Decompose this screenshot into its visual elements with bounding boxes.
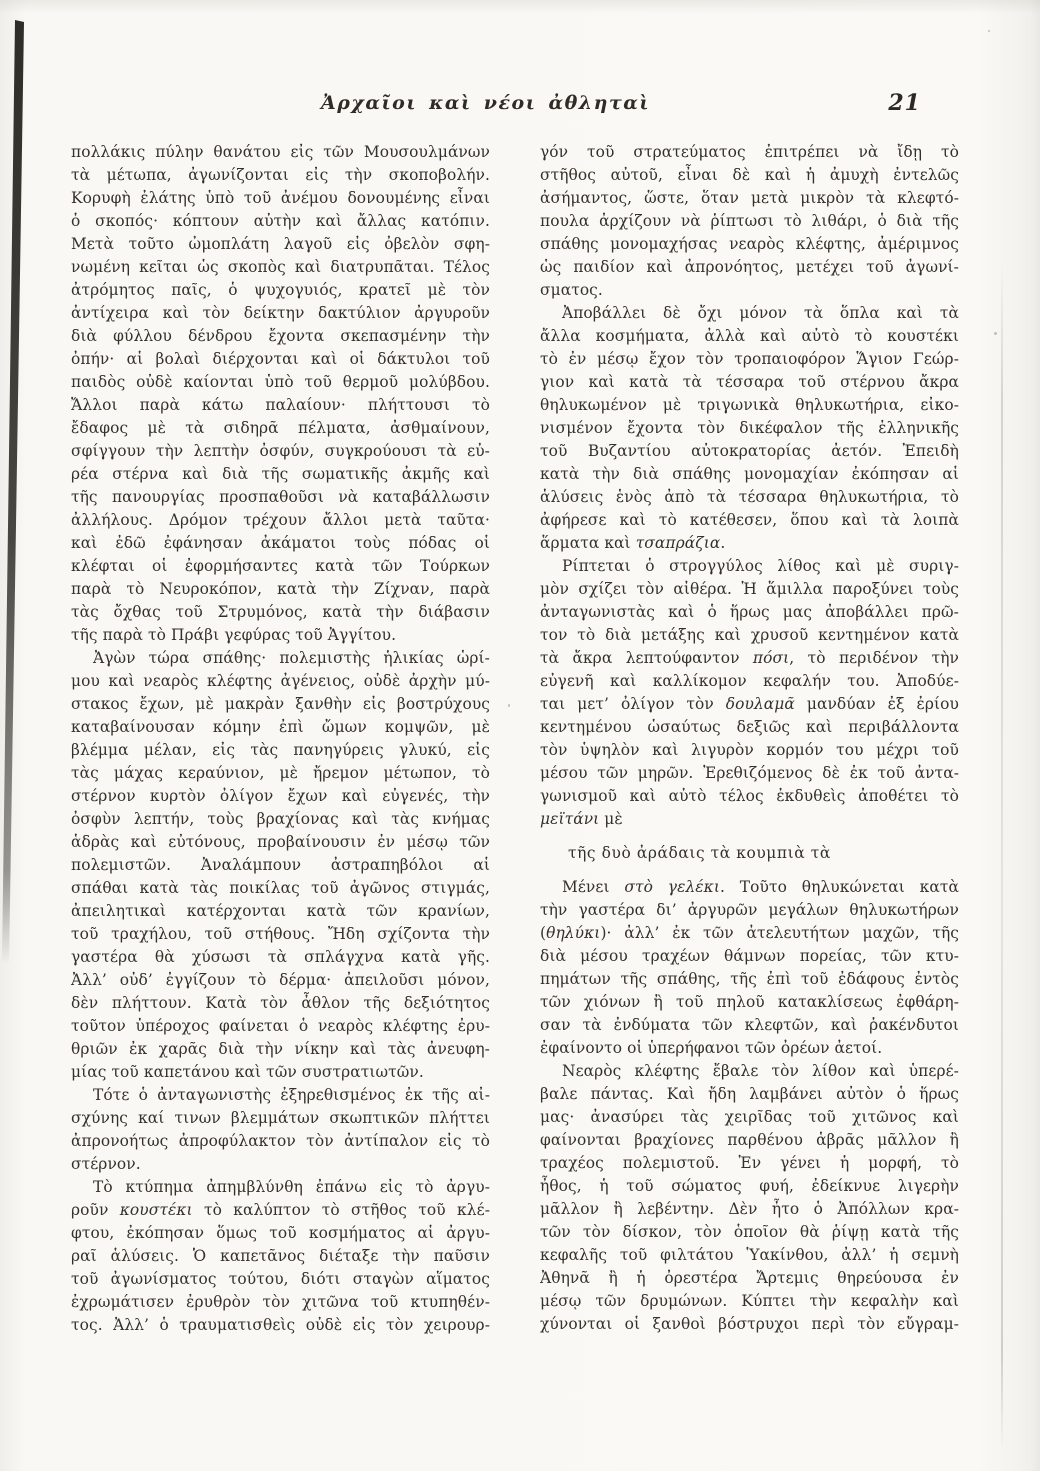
text-line: μεϊτάνι μὲ xyxy=(540,808,959,831)
text-line: γιον καὶ κατὰ τὰ τέσσαρα τοῦ στέρνου ἄκρ… xyxy=(540,371,959,394)
text-line: Νεαρὸς κλέφτης ἔβαλε τὸν λίθον καὶ ὑπερέ… xyxy=(540,1060,959,1083)
text-line: σφίγγουν τὴν λεπτὴν ὀσφύν, συγκρούουσι τ… xyxy=(71,440,490,463)
text-line: κλέφται οἱ ἐφορμήσαντες κατὰ τῶν Τούρκων xyxy=(71,555,490,578)
text-line: ἀντίχειρα καὶ τὸν δείκτην δακτύλιον ἀργυ… xyxy=(71,302,490,325)
text-line: στέρνον κυρτὸν ὀλίγον ἔχων καὶ εὐγενές, … xyxy=(71,785,490,808)
text-line: τὰ μέτωπα, ἀγωνίζονται εἰς τὴν σκοποβολή… xyxy=(71,164,490,187)
text-line: τὰ ἄκρα λεπτούφαντον πόσι, τὸ περιδένον … xyxy=(540,647,959,670)
text-line: ἀσήμαντος, ὥστε, ὅταν μετὰ μικρὸν τὰ κλε… xyxy=(540,187,959,210)
text-line: τῶν χιόνων ἢ τοῦ πηλοῦ κατακλίσεως ἐφθάρ… xyxy=(540,991,959,1014)
text-line: στῆθος αὐτοῦ, εἶναι δὲ καὶ ἡ ἀμυχὴ ἐντελ… xyxy=(540,164,959,187)
text-line: μᾶλλον ἢ λεβέντην. Δὲν ἦτο ὁ Ἀπόλλων κρα… xyxy=(540,1198,959,1221)
text-line: τραχέος πολεμιστοῦ. Ἐν γένει ἡ μορφή, τὸ xyxy=(540,1152,959,1175)
text-line: Ρίπτεται ὁ στρογγύλος λίθος καὶ μὲ συριγ… xyxy=(540,555,959,578)
text-line: σπάθης μονομαχήσας νεαρὸς κλέφτης, ἀμέρι… xyxy=(540,233,959,256)
text-line: ἐχρωμάτισεν ἐρυθρὸν τὸν χιτῶνα τοῦ κτυπη… xyxy=(71,1291,490,1314)
text-line: τὸν ὑψηλὸν καὶ λιγυρὸν κορμόν του μέχρι … xyxy=(540,739,959,762)
text-line: διὰ φύλλου δένδρου ἔχοντα σκεπασμένην τὴ… xyxy=(71,325,490,348)
text-line: χύνονται οἱ ξανθοὶ βόστρυχοι περὶ τὸν εὔ… xyxy=(540,1313,959,1336)
text-line: ρέα στέρνα καὶ διὰ τῆς σωματικῆς ἀκμῆς κ… xyxy=(71,463,490,486)
text-line: μου καὶ νεαρὸς κλέφτης ἀγένειος, οὐδὲ ἀρ… xyxy=(71,670,490,693)
text-line: πουλα ἀρχίζουν νὰ ῥίπτωσι τὸ λιθάρι, ὁ δ… xyxy=(540,210,959,233)
text-line: βλέμμα μέλαν, εἰς τὰς πανηγύρεις γλυκύ, … xyxy=(71,739,490,762)
text-line: ἐφαίνοντο οἱ ὑπερήφανοι τῶν ὀρέων ἀετοί. xyxy=(540,1037,959,1060)
text-line: ὀσφὺν λεπτήν, τοὺς βραχίονας καὶ τὰς κνή… xyxy=(71,808,490,831)
text-line: ἀπειλητικαὶ κατέρχονται κατὰ τῶν κρανίων… xyxy=(71,900,490,923)
text-line: ραῖ ἁλύσεις. Ὁ καπετᾶνος διέταξε τὴν παῦ… xyxy=(71,1245,490,1268)
text-line: τῶν τὸν δίσκον, τὸν ὁποῖον θὰ ῥίψῃ κατὰ … xyxy=(540,1221,959,1244)
text-line: ἀφήρεσε καὶ τὸ κατέθεσεν, ὅπου καὶ τὰ λο… xyxy=(540,509,959,532)
text-line: δὲν πλήττουν. Κατὰ τὸν ἆθλον τῆς δεξιότη… xyxy=(71,992,490,1015)
text-line: τοῦ τραχήλου, τοῦ στήθους. Ἤδη σχίζοντα … xyxy=(71,923,490,946)
text-line: Μετὰ τοῦτο ὠμοπλάτη λαγοῦ εἰς ὀβελὸν σφη… xyxy=(71,233,490,256)
text-line: (θηλύκι)· ἀλλ’ ἐκ τῶν ἀτελευτήτων μαχῶν,… xyxy=(540,922,959,945)
text-line: τὰς ὄχθας τοῦ Στρυμόνος, κατὰ τὴν διάβασ… xyxy=(71,601,490,624)
scan-artifact-left-bar xyxy=(0,0,40,1000)
text-line: ὁ σκοπός· κόπτουν αὐτὴν καὶ ἄλλας κατόπι… xyxy=(71,210,490,233)
text-line: τῆς πανουργίας προσπαθοῦσι νὰ καταβάλλωσ… xyxy=(71,486,490,509)
scan-speck xyxy=(988,30,990,32)
text-line: ὀπήν· αἱ βολαὶ διέρχονται καὶ οἱ δάκτυλο… xyxy=(71,348,490,371)
text-line: θηλυκωμένον μὲ τριγωνικὰ θηλυκωτήρια, εἰ… xyxy=(540,394,959,417)
page-fold-line xyxy=(1001,260,1003,1450)
text-line: τοῦ ἀγωνίσματος τούτου, διότι σταγὼν αἵμ… xyxy=(71,1268,490,1291)
text-line: Ἀλλ’ οὐδ’ ἐγγίζουν τὸ δέρμα· ἀπειλοῦσι μ… xyxy=(71,969,490,992)
text-line: φαίνονται βραχίονες παρθένου ἁβρᾶς μᾶλλο… xyxy=(540,1129,959,1152)
text-line: μας· ἀνασύρει τὰς χειρῖδας τοῦ χιτῶνος κ… xyxy=(540,1106,959,1129)
text-line: τὴν γαστέρα δι’ ἀργυρῶν μεγάλων θηλυκωτή… xyxy=(540,899,959,922)
text-column-right: γόν τοῦ στρατεύματος ἐπιτρέπει νὰ ἴδῃ τὸ… xyxy=(540,141,959,1336)
text-line: διὰ μέσου τραχέων θάμνων πορείας, τῶν κτ… xyxy=(540,945,959,968)
text-line: ἦθος, ἡ τοῦ σώματος φυή, ἐδείκνυε λιγερὴ… xyxy=(540,1175,959,1198)
text-line: βαλε πάντας. Καὶ ἤδη λαμβάνει αὐτὸν ὁ ἥρ… xyxy=(540,1083,959,1106)
text-line: μίας τοῦ καπετάνου καὶ τῶν συστρατιωτῶν. xyxy=(71,1061,490,1084)
text-line: γαστέρα θὰ χύσωσι τὰ σπλάγχνα κατὰ γῆς. xyxy=(71,946,490,969)
text-line: μέσῳ τῶν δρυμώνων. Κύπτει τὴν κεφαλὴν κα… xyxy=(540,1290,959,1313)
text-line: ὡς παιδίον καὶ ἀπρονόητος, μετέχει τοῦ ἀ… xyxy=(540,256,959,279)
text-line: πολλάκις πύλην θανάτου εἰς τῶν Μουσουλμά… xyxy=(71,141,490,164)
scanned-book-page: Ἀρχαῖοι καὶ νέοι ἀθληταὶ 21 πολλάκις πύλ… xyxy=(0,0,1040,1471)
text-line: γόν τοῦ στρατεύματος ἐπιτρέπει νὰ ἴδῃ τὸ xyxy=(540,141,959,164)
verse-line: τῆς δυὸ ἀράδαις τὰ κουμπιὰ τὰ μαλαματωμέ… xyxy=(568,842,959,865)
text-line: καταβαίνουσαν κόμην ἐπὶ ὤμων κομψῶν, μὲ xyxy=(71,716,490,739)
text-line: κατὰ τὴν διὰ σπάθης μονομαχίαν ἐκόπησαν … xyxy=(540,463,959,486)
text-line: πολεμιστῶν. Ἀναλάμπουν ἀστραπηβόλοι αἱ xyxy=(71,854,490,877)
text-line: στακος ἔχων, μὲ μακρὰν ξανθὴν εἰς βοστρύ… xyxy=(71,693,490,716)
text-line: Κορυφὴ ἐλάτης ὑπὸ τοῦ ἀνέμου δονουμένης … xyxy=(71,187,490,210)
text-line: τος. Ἀλλ’ ὁ τραυματισθεὶς οὐδὲ εἰς τὸν χ… xyxy=(71,1314,490,1337)
text-line: ἀπρονοήτως ἀπροφύλακτον τὸν ἀντίπαλον εἰ… xyxy=(71,1130,490,1153)
text-line: ἁδρὰς καὶ εὐτόνους, προβαίνουσιν ἐν μέσῳ… xyxy=(71,831,490,854)
text-line: εὐγενῆ καὶ καλλίκομον κεφαλήν του. Ἀποδύ… xyxy=(540,670,959,693)
page-number: 21 xyxy=(888,90,921,116)
text-line: ἀτρόμητος παῖς, ὁ ψυχογυιός, κρατεῖ μὲ τ… xyxy=(71,279,490,302)
text-line: ροῦν κουστέκι τὸ καλύπτον τὸ στῆθος τοῦ … xyxy=(71,1199,490,1222)
text-line: ἀνταγωνιστὰς καὶ ὁ ἥρως μας ἀποβάλλει πρ… xyxy=(540,601,959,624)
text-line: φτου, ἐκόπησαν ὅμως τοῦ κοσμήματος αἱ ἀρ… xyxy=(71,1222,490,1245)
text-line: νισμένον ἔχοντα τὸν δικέφαλον τῆς ἑλληνι… xyxy=(540,417,959,440)
text-line: νωμένη κεῖται ὡς σκοπὸς καὶ διατρυπᾶται.… xyxy=(71,256,490,279)
text-line: τὸ ἐν μέσῳ ἔχον τὸν τροπαιοφόρον Ἅγιον Γ… xyxy=(540,348,959,371)
text-line: παρὰ τὸ Νευροκόπον, κατὰ τὴν Ζίχναν, παρ… xyxy=(71,578,490,601)
text-line: μέσου τῶν μηρῶν. Ἐρεθιζόμενος δὲ ἐκ τοῦ … xyxy=(540,762,959,785)
scan-speck xyxy=(508,704,510,707)
text-line: γωνισμοῦ καὶ αὐτὸ τέλος ἐκδυθεὶς ἀποθέτε… xyxy=(540,785,959,808)
text-line: ἔδαφος μὲ τὰ σιδηρᾶ πέλματα, ἀσθμαίνουν, xyxy=(71,417,490,440)
running-title: Ἀρχαῖοι καὶ νέοι ἀθληταὶ xyxy=(42,92,929,114)
text-line: Ἄλλοι παρὰ κάτω παλαίουν· πλήττουσι τὸ xyxy=(71,394,490,417)
text-column-left: πολλάκις πύλην θανάτου εἰς τῶν Μουσουλμά… xyxy=(71,141,490,1337)
text-line: στέρνον. xyxy=(71,1153,490,1176)
text-line: σπάθαι κατὰ τὰς ποικίλας τοῦ ἀγῶνος στιγ… xyxy=(71,877,490,900)
text-line: μὸν σχίζει τὸν αἰθέρα. Ἡ ἅμιλλα παροξύνε… xyxy=(540,578,959,601)
page-header: Ἀρχαῖοι καὶ νέοι ἀθληταὶ 21 xyxy=(72,90,959,120)
text-line: πημάτων τῆς σπάθης, τῆς ἐπὶ τοῦ ἐδάφους … xyxy=(540,968,959,991)
text-line: σματος. xyxy=(540,279,959,302)
text-line: Ἀποβάλλει δὲ ὄχι μόνον τὰ ὅπλα καὶ τὰ xyxy=(540,302,959,325)
text-line: τον τὸ διὰ μετάξης καὶ χρυσοῦ κεντημένον… xyxy=(540,624,959,647)
text-line: κεντημένου ὡσαύτως δεξιῶς καὶ περιβάλλον… xyxy=(540,716,959,739)
text-line: Τὸ κτύπημα ἀπημβλύνθη ἐπάνω εἰς τὸ ἀργυ- xyxy=(71,1176,490,1199)
text-line: κεφαλῆς τοῦ φιλτάτου Ὑακίνθου, ἀλλ’ ἡ σε… xyxy=(540,1244,959,1267)
text-line: Ἀγὼν τώρα σπάθης· πολεμιστὴς ἡλικίας ὡρί… xyxy=(71,647,490,670)
text-line: ται μετ’ ὀλίγον τὸν δουλαμᾶ μανδύαν ἐξ ἐ… xyxy=(540,693,959,716)
text-line: τὰς μάχας κεραύνιον, μὲ ἤρεμον μέτωπον, … xyxy=(71,762,490,785)
text-line: παιδὸς οὐδὲ καίονται ὑπὸ τοῦ θερμοῦ μολύ… xyxy=(71,371,490,394)
text-line: καὶ ἐδῶ ἐφάνησαν ἀκάματοι τοὺς πόδας οἱ xyxy=(71,532,490,555)
text-line: ἀλλήλους. Δρόμον τρέχουν ἄλλοι μετὰ ταῦτ… xyxy=(71,509,490,532)
text-line: θριῶν ἐκ χαρᾶς διὰ τὴν νίκην καὶ τὰς ἀνε… xyxy=(71,1038,490,1061)
text-line: σχύνης καί τινων βλεμμάτων σκωπτικῶν πλή… xyxy=(71,1107,490,1130)
text-line: τῆς παρὰ τὸ Πράβι γεφύρας τοῦ Ἀγγίτου. xyxy=(71,624,490,647)
text-line: τοῦ Βυζαντίου αὐτοκρατορίας ἀετόν. Ἐπειδ… xyxy=(540,440,959,463)
scan-speck xyxy=(994,332,997,335)
text-line: σαν τὰ ἐνδύματα τῶν κλεφτῶν, καὶ ῥακένδυ… xyxy=(540,1014,959,1037)
text-line: Τότε ὁ ἀνταγωνιστὴς ἐξηρεθισμένος ἐκ τῆς… xyxy=(71,1084,490,1107)
text-line: τοῦτον ὑπέροχος φαίνεται ὁ νεαρὸς κλέφτη… xyxy=(71,1015,490,1038)
text-line: Μένει στὸ γελέκι. Τοῦτο θηλυκώνεται κατὰ xyxy=(540,876,959,899)
text-line: ἁλύσεις ἑνὸς ἀπὸ τὰ τέσσαρα θηλυκωτήρια,… xyxy=(540,486,959,509)
text-line: Ἀθηνᾶ ἢ ἡ ὀρεστέρα Ἄρτεμις θηρεύουσα ἐν xyxy=(540,1267,959,1290)
text-line: ἄλλα κοσμήματα, ἀλλὰ καὶ αὐτὸ τὸ κουστέκ… xyxy=(540,325,959,348)
text-line: ἅρματα καὶ τσαπράζια. xyxy=(540,532,959,555)
